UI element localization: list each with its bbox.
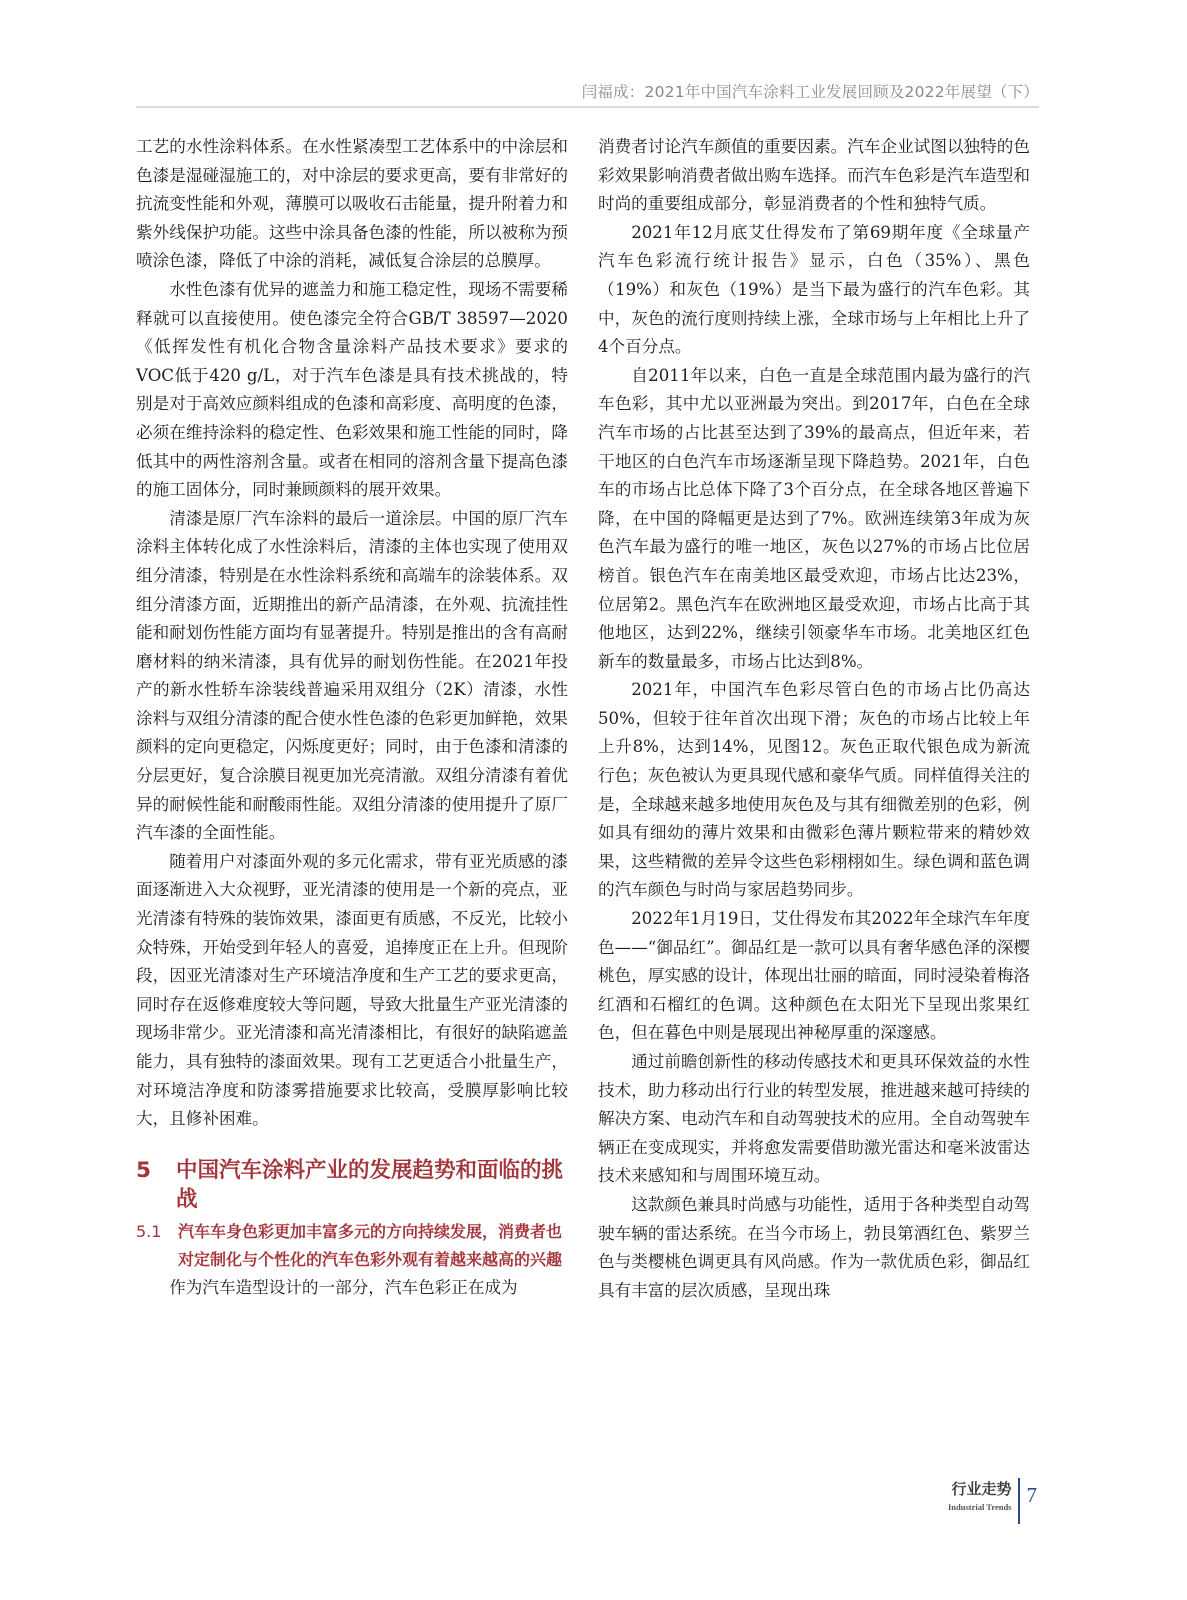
- section-label-en: Industrial Trends: [948, 1500, 1012, 1514]
- paragraph: 消费者讨论汽车颜值的重要因素。汽车企业试图以独特的色彩效果影响消费者做出购车选择…: [598, 133, 1030, 219]
- left-column: 工艺的水性涂料体系。在水性紧凑型工艺体系中的中涂层和色漆是湿碰湿施工的，对中涂层…: [136, 133, 568, 1302]
- section-heading: 5 中国汽车涂料产业的发展趋势和面临的挑战: [136, 1156, 568, 1214]
- section-label-cn: 行业走势: [948, 1478, 1012, 1500]
- section-title: 中国汽车涂料产业的发展趋势和面临的挑战: [176, 1156, 568, 1214]
- subsection-number: 5.1: [136, 1218, 178, 1274]
- paragraph: 2021年12月底艾仕得发布了第69期年度《全球量产汽车色彩流行统计报告》显示，…: [598, 219, 1030, 362]
- paragraph: 通过前瞻创新性的移动传感技术和更具环保效益的水性技术，助力移动出行行业的转型发展…: [598, 1048, 1030, 1191]
- paragraph: 工艺的水性涂料体系。在水性紧凑型工艺体系中的中涂层和色漆是湿碰湿施工的，对中涂层…: [136, 133, 568, 276]
- section-number: 5: [136, 1156, 176, 1214]
- subsection-heading: 5.1 汽车车身色彩更加丰富多元的方向持续发展，消费者也对定制化与个性化的汽车色…: [136, 1218, 568, 1274]
- paragraph: 随着用户对漆面外观的多元化需求，带有亚光质感的漆面逐渐进入大众视野，亚光清漆的使…: [136, 848, 568, 1134]
- subsection-title: 汽车车身色彩更加丰富多元的方向持续发展，消费者也对定制化与个性化的汽车色彩外观有…: [178, 1218, 568, 1274]
- paragraph: 2021年，中国汽车色彩尽管白色的市场占比仍高达50%，但较于往年首次出现下滑；…: [598, 676, 1030, 905]
- right-column: 消费者讨论汽车颜值的重要因素。汽车企业试图以独特的色彩效果影响消费者做出购车选择…: [598, 133, 1030, 1305]
- page-footer: 行业走势 Industrial Trends 7: [948, 1478, 1037, 1524]
- paragraph: 作为汽车造型设计的一部分，汽车色彩正在成为: [136, 1274, 568, 1303]
- section-label: 行业走势 Industrial Trends: [948, 1478, 1020, 1524]
- paragraph: 清漆是原厂汽车涂料的最后一道涂层。中国的原厂汽车涂料主体转化成了水性涂料后，清漆…: [136, 505, 568, 848]
- page-number: 7: [1020, 1478, 1038, 1512]
- paragraph: 这款颜色兼具时尚感与功能性，适用于各种类型自动驾驶车辆的雷达系统。在当今市场上，…: [598, 1191, 1030, 1305]
- paragraph: 水性色漆有优异的遮盖力和施工稳定性，现场不需要稀释就可以直接使用。使色漆完全符合…: [136, 276, 568, 505]
- running-title: 闫福成：2021年中国汽车涂料工业发展回顾及2022年展望（下）: [582, 83, 1039, 101]
- running-head: 闫福成：2021年中国汽车涂料工业发展回顾及2022年展望（下）: [136, 80, 1039, 108]
- paragraph: 自2011年以来，白色一直是全球范围内最为盛行的汽车色彩，其中尤以亚洲最为突出。…: [598, 362, 1030, 677]
- paragraph: 2022年1月19日，艾仕得发布其2022年全球汽车年度色——“御品红”。御品红…: [598, 905, 1030, 1048]
